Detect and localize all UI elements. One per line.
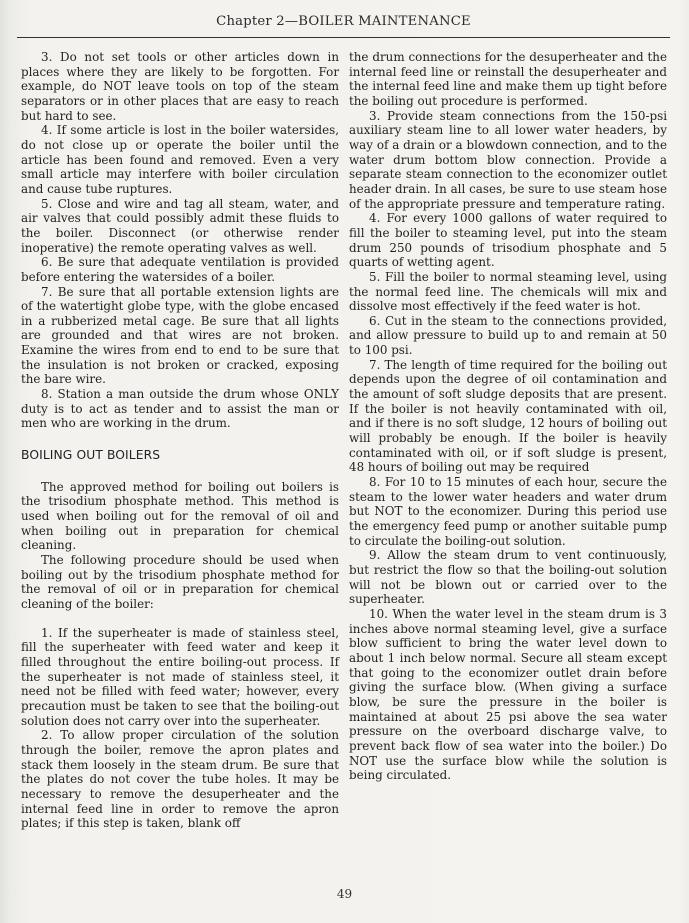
right-column: the drum connections for the desuperheat… [349,50,667,783]
continued-paragraph: the drum connections for the desuperheat… [349,50,667,109]
list-item: 3. Do not set tools or other articles do… [21,50,339,123]
list-item: 7. Be sure that all portable extension l… [21,285,339,388]
section-heading: BOILING OUT BOILERS [21,448,339,463]
procedure-step: 9. Allow the steam drum to vent continuo… [349,548,667,607]
procedure-step: 1. If the superheater is made of stainle… [21,626,339,729]
spacer [21,612,339,626]
paragraph: The approved method for boiling out boil… [21,480,339,553]
procedure-step: 3. Provide steam connections from the 15… [349,109,667,212]
procedure-step: 5. Fill the boiler to normal steaming le… [349,270,667,314]
list-item: 4. If some article is lost in the boiler… [21,123,339,196]
list-item: 6. Be sure that adequate ventilation is … [21,255,339,284]
left-column: 3. Do not set tools or other articles do… [21,50,339,831]
procedure-step: 10. When the water level in the steam dr… [349,607,667,783]
book-page: Chapter 2—BOILER MAINTENANCE 3. Do not s… [0,0,689,923]
procedure-step: 6. Cut in the steam to the connections p… [349,314,667,358]
list-item: 8. Station a man outside the drum whose … [21,387,339,431]
paragraph: The following procedure should be used w… [21,553,339,612]
procedure-step: 4. For every 1000 gallons of water requi… [349,211,667,270]
list-item: 5. Close and wire and tag all steam, wat… [21,197,339,256]
header-rule [17,37,670,38]
procedure-step: 2. To allow proper circulation of the so… [21,728,339,831]
procedure-step: 7. The length of time required for the b… [349,358,667,475]
page-number: 49 [0,887,689,901]
procedure-step: 8. For 10 to 15 minutes of each hour, se… [349,475,667,548]
running-header: Chapter 2—BOILER MAINTENANCE [17,14,670,29]
